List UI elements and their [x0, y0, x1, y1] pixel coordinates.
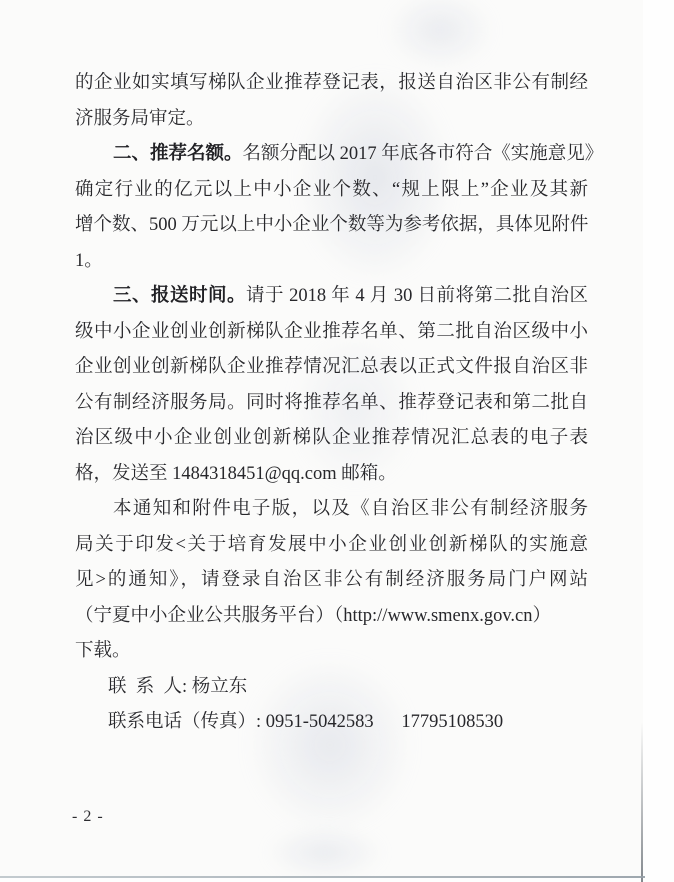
text-line: 企业创业创新梯队企业推荐情况汇总表以正式文件报自治区非 [75, 350, 588, 386]
text-line-email: 格，发送至 1484318451@qq.com 邮箱。 [75, 457, 588, 493]
text-line: 增个数、500 万元以上中小企业个数等为参考依据，具体见附件 [75, 208, 588, 244]
page-number: - 2 - [72, 808, 104, 826]
text-line: 下载。 [75, 634, 588, 670]
text-line: 济服务局审定。 [75, 102, 588, 138]
line-text: 联 系 人: 杨立东 [108, 677, 247, 697]
line-text: 公有制经济服务局。同时将推荐名单、推荐登记表和第二批自 [75, 393, 588, 413]
line-text: 联系电话（传真）: 0951-5042583 17795108530 [108, 712, 503, 732]
scan-paper-edge-right [641, 722, 643, 882]
text-line: 的企业如实填写梯队企业推荐登记表，报送自治区非公有制经 [75, 66, 588, 102]
line-text: 济服务局审定。 [75, 109, 205, 129]
text-line: 公有制经济服务局。同时将推荐名单、推荐登记表和第二批自 [75, 386, 588, 422]
scan-background-bottom [0, 878, 674, 882]
text-line: 本通知和附件电子版，以及《自治区非公有制经济服务 [75, 492, 588, 528]
text-line: 确定行业的亿元以上中小企业个数、“规上限上”企业及其新 [75, 173, 588, 209]
text-line: 局关于印发<关于培育发展中小企业创业创新梯队的实施意 [75, 528, 588, 564]
section-heading: 二、推荐名额。 [113, 144, 243, 164]
line-text: 确定行业的亿元以上中小企业个数、“规上限上”企业及其新 [75, 180, 588, 200]
scan-paper-edge-bottom [0, 876, 645, 878]
line-text: 下载。 [75, 641, 131, 661]
section-heading-line: 二、推荐名额。名额分配以 2017 年底各市符合《实施意见》 [75, 137, 588, 173]
text-line: 见>的通知》，请登录自治区非公有制经济服务局门户网站 [75, 563, 588, 599]
document-page: 的企业如实填写梯队企业推荐登记表，报送自治区非公有制经 济服务局审定。 二、推荐… [0, 0, 674, 882]
scan-background-right [643, 0, 674, 882]
contact-person-line: 联 系 人: 杨立东 [75, 670, 588, 706]
text-line: 治区级中小企业创业创新梯队企业推荐情况汇总表的电子表 [75, 421, 588, 457]
line-text: 治区级中小企业创业创新梯队企业推荐情况汇总表的电子表 [75, 428, 588, 448]
scan-smudge [385, 0, 495, 70]
line-text: 本通知和附件电子版，以及《自治区非公有制经济服务 [113, 499, 588, 519]
text-line: 级中小企业创业创新梯队企业推荐名单、第二批自治区级中小 [75, 315, 588, 351]
contact-phone-line: 联系电话（传真）: 0951-5042583 17795108530 [75, 705, 588, 741]
section-heading: 三、报送时间。 [113, 286, 246, 306]
line-text: （宁夏中小企业公共服务平台）（http://www.smenx.gov.cn） [75, 606, 551, 626]
line-text: 名额分配以 2017 年底各市符合《实施意见》 [243, 144, 604, 164]
line-text: 级中小企业创业创新梯队企业推荐名单、第二批自治区级中小 [75, 322, 588, 342]
line-text: 1。 [75, 251, 103, 271]
section-heading-line: 三、报送时间。请于 2018 年 4 月 30 日前将第二批自治区 [75, 279, 588, 315]
line-text: 格，发送至 1484318451@qq.com 邮箱。 [75, 464, 397, 484]
text-line-website: （宁夏中小企业公共服务平台）（http://www.smenx.gov.cn） [75, 599, 588, 635]
line-text: 的企业如实填写梯队企业推荐登记表，报送自治区非公有制经 [75, 73, 588, 93]
scan-smudge [265, 825, 385, 880]
line-text: 请于 2018 年 4 月 30 日前将第二批自治区 [246, 286, 588, 306]
document-body: 的企业如实填写梯队企业推荐登记表，报送自治区非公有制经 济服务局审定。 二、推荐… [75, 66, 588, 741]
line-text: 企业创业创新梯队企业推荐情况汇总表以正式文件报自治区非 [75, 357, 588, 377]
text-line: 1。 [75, 244, 588, 280]
line-text: 局关于印发<关于培育发展中小企业创业创新梯队的实施意 [75, 535, 588, 555]
line-text: 增个数、500 万元以上中小企业个数等为参考依据，具体见附件 [75, 215, 588, 235]
line-text: 见>的通知》，请登录自治区非公有制经济服务局门户网站 [75, 570, 588, 590]
